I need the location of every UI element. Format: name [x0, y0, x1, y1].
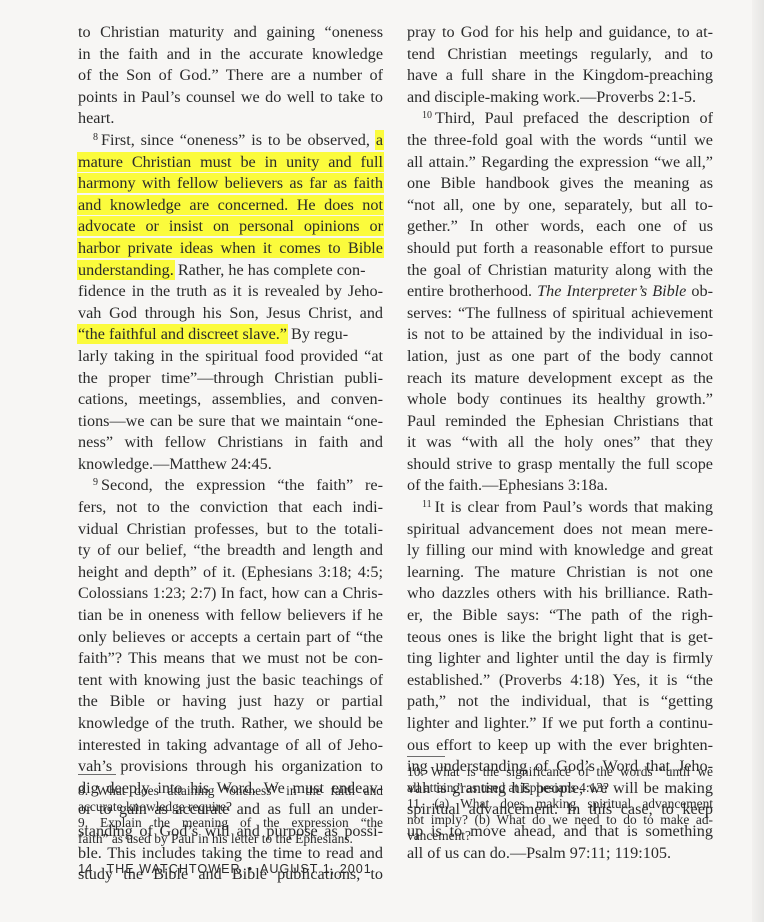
text-line: it was “with all the holy ones” that the…: [407, 432, 713, 454]
text-line: whole body continues its healthy growth.…: [407, 389, 713, 411]
bullet-separator: •: [248, 862, 253, 876]
text-line: ness” with fellow Christians in faith an…: [78, 432, 383, 454]
study-questions-left: 8. What does attaining “oneness” in the …: [78, 783, 383, 847]
study-question: 8. What does attaining “oneness” in the …: [78, 783, 383, 799]
left-column: to Christian maturity and gaining “onene…: [78, 22, 383, 886]
study-question: all attain,” as used at Ephesians 4:13?: [407, 780, 713, 796]
footnote-divider: [407, 756, 445, 757]
study-questions-right: 10. What is the significance of the word…: [407, 764, 713, 844]
text-line: is not to be attained by the individual …: [407, 324, 713, 346]
text-line: knowledge of the truth. Rather, we shoul…: [78, 713, 383, 735]
text-line: learning. The mature Christian is not on…: [407, 562, 713, 584]
text-line: ty of our belief, “the breadth and lengt…: [78, 540, 383, 562]
text-line: of the Son of God.” There are a number o…: [78, 65, 383, 87]
text-line: vah God through his Son, Jesus Christ, a…: [78, 303, 383, 325]
highlighted-line: harmony with fellow believers as far as …: [78, 173, 383, 195]
text-line: vidual Christian professes, but to the t…: [78, 519, 383, 541]
text-line: in the faith and in the accurate knowled…: [78, 44, 383, 66]
text-line: entire brotherhood. The Interpreter’s Bi…: [407, 281, 713, 303]
text-line: serves: “The fullness of spiritual achie…: [407, 303, 713, 325]
text-line: one Bible handbook gives the meaning as: [407, 173, 713, 195]
study-question: not imply? (b) What do we need to do to …: [407, 812, 713, 828]
text-line: fers, not to the conviction that each in…: [78, 497, 383, 519]
text-line: pray to God for his help and guidance, t…: [407, 22, 713, 44]
page-footer: 14THE WATCHTOWER•AUGUST 1, 2001: [78, 861, 372, 876]
text-line: height and depth” of it. (Ephesians 3:18…: [78, 562, 383, 584]
text-line: er, the Bible says: “The path of the rig…: [407, 605, 713, 627]
footnote-divider: [78, 774, 116, 775]
paragraph-10-first-line: 10Third, Paul prefaced the description o…: [407, 108, 713, 130]
text-line: the proper time”—through Christian publi…: [78, 368, 383, 390]
text-line: tend Christian meetings regularly, and t…: [407, 44, 713, 66]
book-title: The Interpreter’s Bible: [537, 282, 686, 300]
text-line: fidence in the truth as it is revealed b…: [78, 281, 383, 303]
paragraph-number: 10: [422, 110, 432, 121]
text-line: tent with knowing just the basic teachin…: [78, 670, 383, 692]
text-line: heart.: [78, 108, 383, 130]
text-line: larly taking in the spiritual food provi…: [78, 346, 383, 368]
text-line: all of us can do.—Psalm 97:11; 119:105.: [407, 843, 713, 865]
text-line: the Bible or having just hazy or partial: [78, 691, 383, 713]
text-line: should strive to grasp mentally the full…: [407, 454, 713, 476]
text-line: ly filling our mind with knowledge and g…: [407, 540, 713, 562]
text-line: Paul reminded the Ephesian Christians th…: [407, 411, 713, 433]
study-question: 10. What is the significance of the word…: [407, 764, 713, 780]
text-line: to Christian maturity and gaining “onene…: [78, 22, 383, 44]
study-question: vancement?: [407, 828, 713, 844]
text-line: the three-fold goal with the words “unti…: [407, 130, 713, 152]
highlighted-text: “the faithful and discreet slave.”: [78, 325, 287, 343]
paragraph-11-first-line: 11It is clear from Paul’s words that mak…: [407, 497, 713, 519]
highlighted-text: a: [376, 131, 383, 149]
highlighted-line: and knowledge are concerned. He does not: [78, 195, 383, 217]
text-line: ous effort to keep up with the ever brig…: [407, 735, 713, 757]
text-line: tions—we can be sure that we maintain “o…: [78, 411, 383, 433]
text-line: lation, just as one part of the body can…: [407, 346, 713, 368]
text-line: have a full share in the Kingdom-preachi…: [407, 65, 713, 87]
study-question: 9. Explain the meaning of the expression…: [78, 815, 383, 831]
study-question: faith” as used by Paul in his letter to …: [78, 831, 383, 847]
publication-title: THE WATCHTOWER: [106, 862, 240, 876]
text-line: cations, meetings, assemblies, and conve…: [78, 389, 383, 411]
text-line: teous ones is like the bright light that…: [407, 627, 713, 649]
text-line: gether.” In other words, each one of us: [407, 216, 713, 238]
issue-date: AUGUST 1, 2001: [260, 862, 372, 876]
paragraph-number: 8: [93, 132, 98, 143]
study-question: accurate knowledge require?: [78, 799, 383, 815]
text-line: knowledge.—Matthew 24:45.: [78, 454, 383, 476]
text-line: tian be in oneness with fellow believers…: [78, 605, 383, 627]
paragraph-9-first-line: 9Second, the expression “the faith” re-: [78, 475, 383, 497]
text-line: Colossians 1:23; 2:7) In fact, how can a…: [78, 583, 383, 605]
paragraph-number: 11: [422, 499, 432, 510]
paragraph-8-first-line: 8First, since “oneness” is to be observe…: [78, 130, 383, 152]
paragraph-number: 9: [93, 477, 98, 488]
text-line: should put forth a reasonable effort to …: [407, 238, 713, 260]
study-question: 11. (a) What does making spiritual advan…: [407, 796, 713, 812]
text-line: the goal of Christian maturity along wit…: [407, 260, 713, 282]
text-line: of the faith.—Ephesians 3:18a.: [407, 475, 713, 497]
text-line: path,” not the individual, that is “gett…: [407, 691, 713, 713]
text-line: spiritual advancement does not mean mere…: [407, 519, 713, 541]
text-line: ting lighter and lighter until the day i…: [407, 648, 713, 670]
text-line: interested in taking advantage of all of…: [78, 735, 383, 757]
text-line: established.” (Proverbs 4:18) Yes, it is…: [407, 670, 713, 692]
page-number: 14: [78, 861, 92, 876]
text-line: points in Paul’s counsel we do well to t…: [78, 87, 383, 109]
text-line: who dazzles others with his brilliance. …: [407, 583, 713, 605]
text-line: “not all, one by one, separately, but al…: [407, 195, 713, 217]
highlighted-line: mature Christian must be in unity and fu…: [78, 152, 383, 174]
text-line: understanding. Rather, he has complete c…: [78, 260, 383, 282]
text-line: all attain.” Regarding the expression “w…: [407, 152, 713, 174]
text-line: reach its mature development except as t…: [407, 368, 713, 390]
highlighted-text: understanding.: [78, 261, 174, 279]
right-column: pray to God for his help and guidance, t…: [407, 22, 713, 864]
text-line: only believes or accepts a certain part …: [78, 627, 383, 649]
text-line: faith”? This means that we must not be c…: [78, 648, 383, 670]
text-line: “the faithful and discreet slave.” By re…: [78, 324, 383, 346]
highlighted-line: harbor private ideas when it comes to Bi…: [78, 238, 383, 260]
text-line: and disciple-making work.—Proverbs 2:1-5…: [407, 87, 713, 109]
text-line: lighter and lighter.” If we put forth a …: [407, 713, 713, 735]
highlighted-line: advocate or insist on personal opinions …: [78, 216, 383, 238]
page-edge-shadow: [752, 0, 764, 922]
text-line: vah’s provisions through his organizatio…: [78, 756, 383, 778]
